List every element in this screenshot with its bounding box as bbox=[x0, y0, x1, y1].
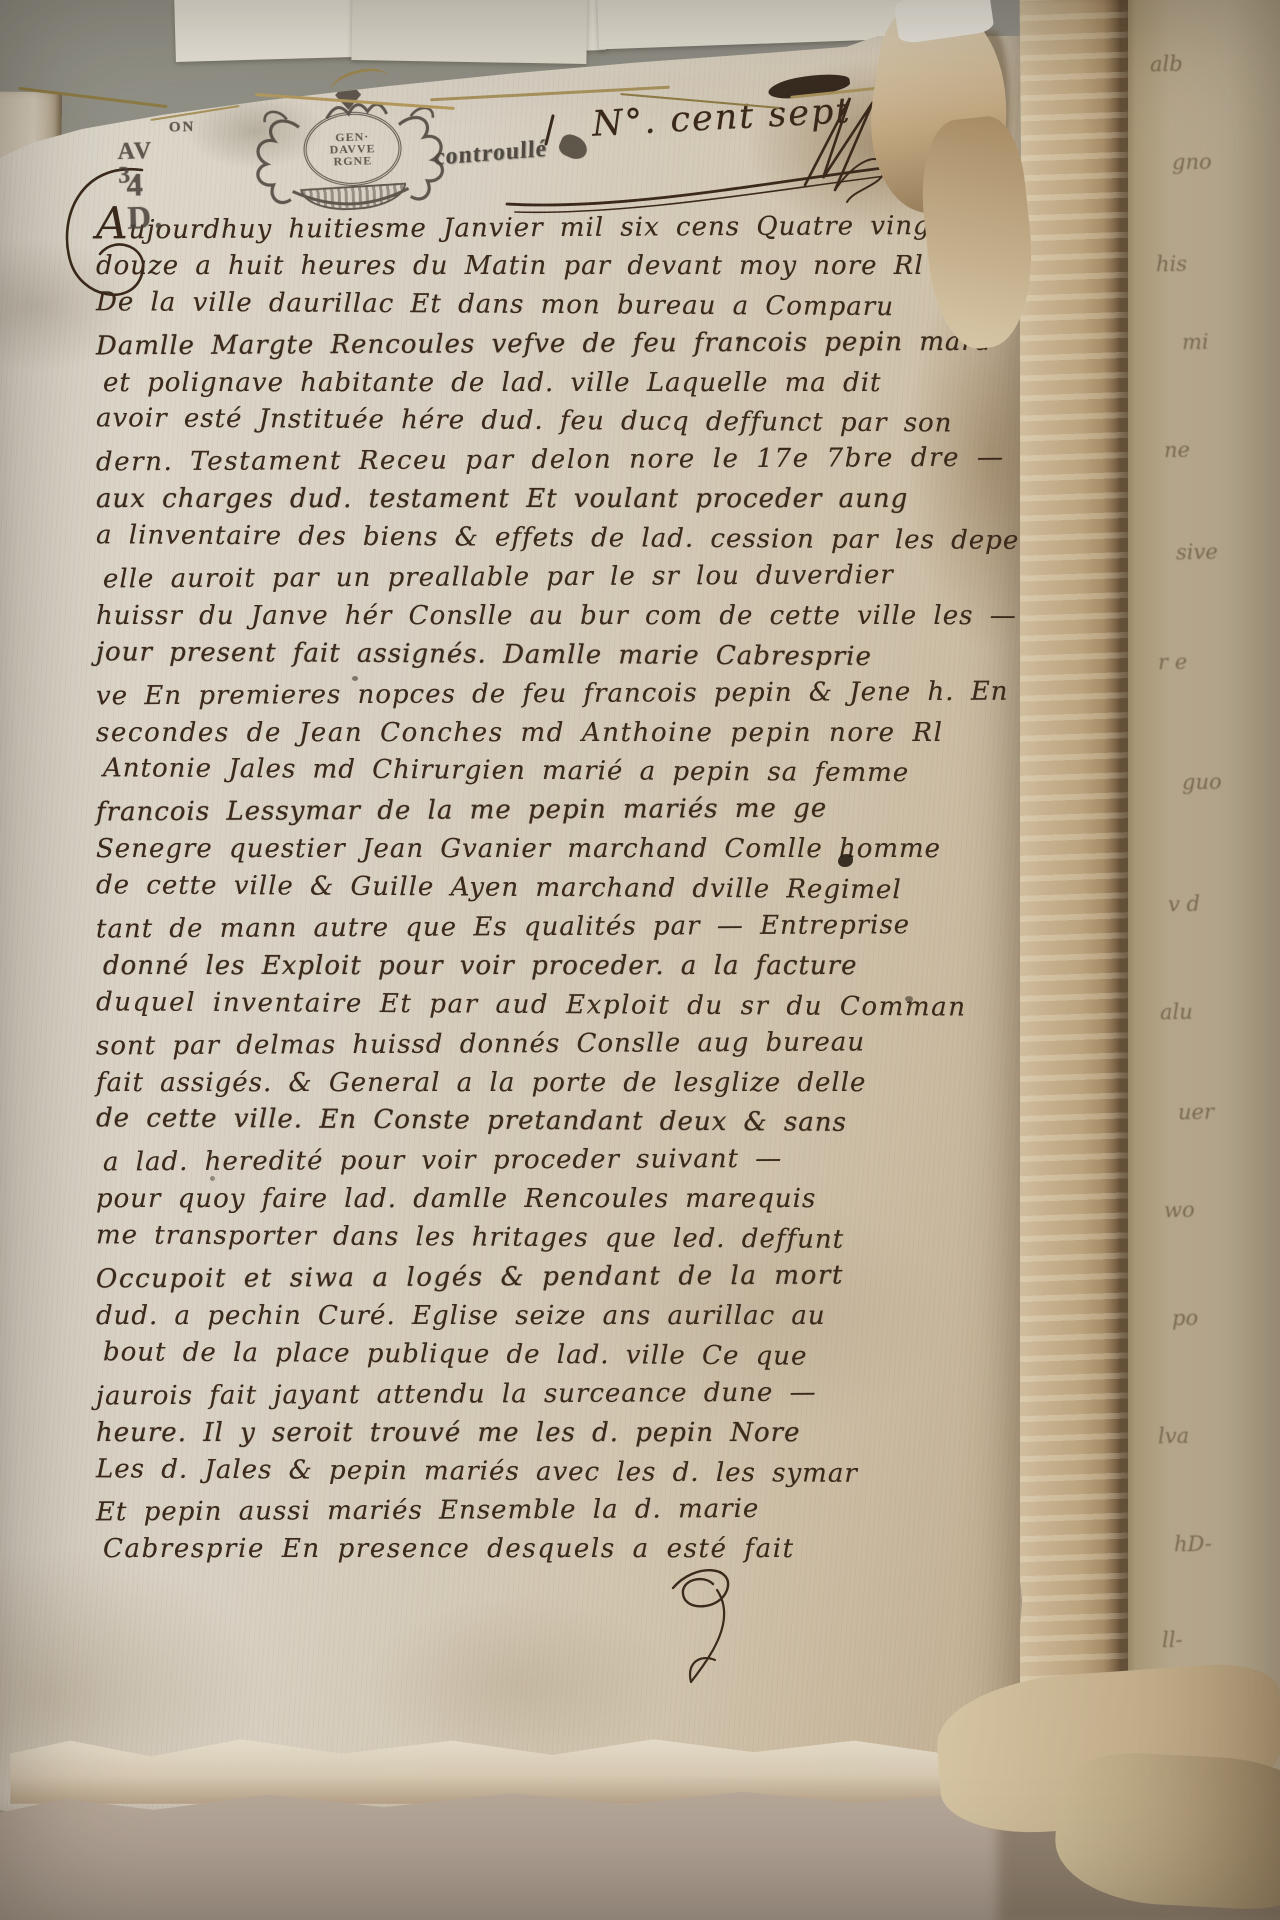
manuscript-line: douze a huit heures du Matin par devant … bbox=[96, 251, 1008, 290]
ink-speck bbox=[736, 336, 743, 342]
manuscript-line: bout de la place publique de lad. ville … bbox=[103, 1337, 1008, 1381]
manuscript-line: secondes de Jean Conches md Anthoine pep… bbox=[96, 718, 1008, 757]
faded-writing-fragment: wo bbox=[1164, 1198, 1195, 1223]
manuscript-line: Les d. Jales & pepin mariés avec les d. … bbox=[96, 1454, 1008, 1498]
faded-writing-fragment: uer bbox=[1178, 1100, 1214, 1125]
manuscript-photo: alb gno his mi ne sive r e guo v d alu u… bbox=[0, 0, 1280, 1920]
manuscript-line: a linventaire des biens & effets de lad.… bbox=[96, 520, 1008, 564]
manuscript-page: ON AV 3. 4 D. GEN· DAVVE RGNE controullé bbox=[0, 36, 1020, 1826]
manuscript-text-block: Aujourdhuy huitiesme Janvier mil six cen… bbox=[96, 212, 1008, 1573]
manuscript-line: me transporter dans les hritages que led… bbox=[96, 1220, 1008, 1264]
manuscript-line: avoir esté Jnstituée hére dud. feu ducq … bbox=[96, 404, 1008, 448]
manuscript-line: aux charges dud. testament Et voulant pr… bbox=[96, 484, 1008, 523]
manuscript-line: pour quoy faire lad. damlle Rencoules ma… bbox=[96, 1184, 1008, 1223]
manuscript-line: donné les Exploit pour voir proceder. a … bbox=[103, 951, 1008, 990]
faded-writing-fragment: ne bbox=[1164, 438, 1190, 462]
faded-writing-fragment: mi bbox=[1182, 330, 1209, 354]
manuscript-line: duquel inventaire Et par aud Exploit du … bbox=[96, 987, 1008, 1031]
faded-writing-fragment: alu bbox=[1160, 1000, 1193, 1025]
manuscript-line: Et pepin aussi mariés Ensemble la d. mar… bbox=[96, 1493, 1008, 1537]
manuscript-line: ve En premieres nopces de feu francois p… bbox=[96, 676, 1008, 720]
loose-paper-top bbox=[351, 0, 587, 64]
manuscript-line: heure. Il y seroit trouvé me les d. pepi… bbox=[96, 1418, 1008, 1457]
manuscript-line: et polignave habitante de lad. ville Laq… bbox=[103, 368, 1008, 407]
manuscript-line: sont par delmas huissd donnés Conslle au… bbox=[96, 1026, 1008, 1070]
faded-writing-fragment: guo bbox=[1182, 770, 1222, 795]
manuscript-line: De la ville daurillac Et dans mon bureau… bbox=[96, 287, 1008, 331]
faded-writing-fragment: v d bbox=[1168, 892, 1200, 917]
ink-speck bbox=[210, 1176, 215, 1181]
manuscript-line: jaurois fait jayant attendu la surceance… bbox=[96, 1376, 1008, 1420]
faded-writing-fragment: lva bbox=[1158, 1424, 1190, 1449]
manuscript-line: elle auroit par un preallable par le sr … bbox=[103, 560, 1008, 604]
manuscript-line: tant de mann autre que Es qualités par —… bbox=[96, 910, 1008, 954]
faded-writing-fragment: po bbox=[1172, 1306, 1199, 1330]
manuscript-line: francois Lessymar de la me pepin mariés … bbox=[96, 793, 1008, 837]
stamp-oval-line: RGNE bbox=[333, 154, 372, 167]
faded-writing-fragment: alb bbox=[1150, 52, 1183, 77]
faded-writing-fragment: r e bbox=[1158, 650, 1188, 675]
manuscript-line: jour present fait assignés. Damlle marie… bbox=[96, 637, 1008, 681]
manuscript-line: dern. Testament Receu par delon nore le … bbox=[96, 443, 1008, 487]
manuscript-line: Antonie Jales md Chirurgien marié a pepi… bbox=[103, 754, 1008, 798]
manuscript-line: fait assigés. & General a la porte de le… bbox=[96, 1068, 1008, 1107]
manuscript-line: Cabresprie En presence desquels a esté f… bbox=[103, 1534, 1008, 1573]
ink-speck bbox=[352, 676, 358, 681]
manuscript-line: de cette ville & Guille Ayen marchand dv… bbox=[96, 870, 1008, 914]
facing-page: alb gno his mi ne sive r e guo v d alu u… bbox=[1112, 0, 1280, 1920]
stamp-fee-price: 4 D. bbox=[126, 169, 166, 236]
stamp-fee-top: ON bbox=[169, 120, 196, 136]
manuscript-line: Senegre questier Jean Gvanier marchand C… bbox=[96, 834, 1008, 873]
manuscript-line: a lad. heredité pour voir proceder suiva… bbox=[103, 1143, 1008, 1187]
faded-writing-fragment: sive bbox=[1176, 540, 1218, 565]
manuscript-line: dud. a pechin Curé. Eglise seize ans aur… bbox=[96, 1301, 1008, 1340]
manuscript-line: Damlle Margte Rencoules vefve de feu fra… bbox=[96, 326, 1008, 370]
faded-writing-fragment: his bbox=[1156, 252, 1187, 277]
paraph-bottom-icon bbox=[655, 1560, 759, 1694]
faded-writing-fragment: gno bbox=[1172, 150, 1212, 175]
faded-writing-fragment: ll- bbox=[1162, 1628, 1183, 1652]
manuscript-line: Occupoit et siwa a logés & pendant de la… bbox=[96, 1260, 1008, 1304]
manuscript-line: de cette ville. En Conste pretandant deu… bbox=[96, 1104, 1008, 1148]
manuscript-line: huissr du Janve hér Conslle au bur com d… bbox=[96, 601, 1008, 640]
ink-speck bbox=[905, 996, 913, 1002]
faded-writing-fragment: hD- bbox=[1174, 1532, 1212, 1557]
